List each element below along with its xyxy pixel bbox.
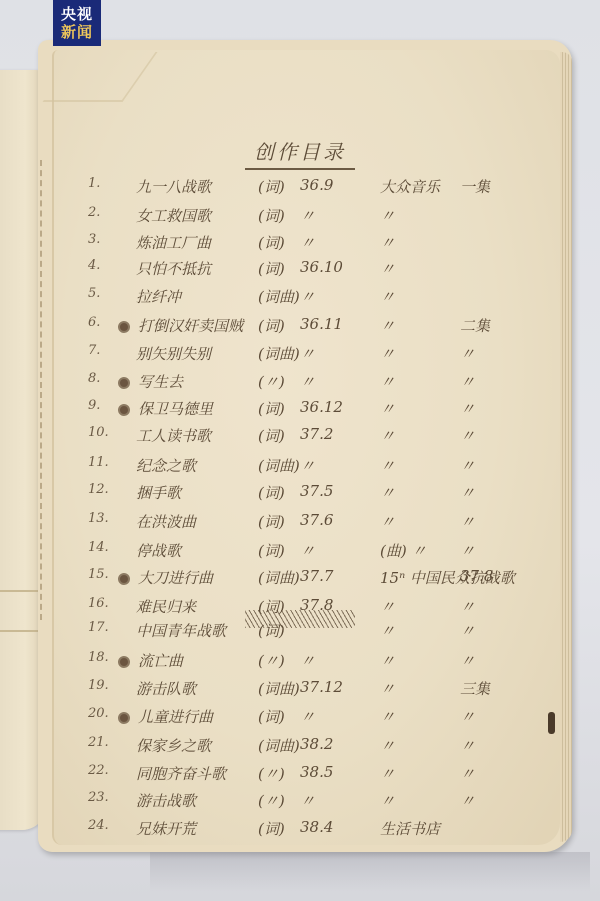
entry-volume: 〃 — [460, 790, 475, 811]
entry-publisher: 〃 — [380, 425, 395, 446]
entry-title: 大刀进行曲 — [138, 567, 213, 588]
entry-date: 37.5 — [300, 482, 333, 500]
entry-type: (词) — [258, 706, 285, 727]
entry-date: 38.4 — [300, 818, 333, 836]
entry-number: 4. — [88, 258, 116, 273]
entry-date: 37.2 — [300, 425, 333, 443]
list-item: 21.保家乡之歌(词曲)38.2〃〃 — [0, 735, 600, 763]
entry-number: 19. — [88, 678, 116, 693]
entry-type: (词曲) — [258, 678, 300, 699]
entry-volume: 〃 — [460, 482, 475, 503]
list-item: 11.纪念之歌(词曲)〃〃〃 — [0, 455, 600, 483]
entry-date: 〃 — [300, 205, 315, 226]
entry-date: 〃 — [300, 540, 315, 561]
list-item: 13.在洪波曲(词)37.6〃〃 — [0, 511, 600, 539]
entry-number: 18. — [88, 650, 116, 665]
list-item: 2.女工救国歌(词)〃〃 — [0, 205, 600, 233]
crossed-out-scribble — [245, 610, 355, 628]
entry-date: 〃 — [300, 371, 315, 392]
entry-type: (词曲) — [258, 455, 300, 476]
entry-date: 37.6 — [300, 511, 333, 529]
entry-title: 停战歌 — [136, 540, 181, 561]
list-item: 14.停战歌(词)〃(曲) 〃〃 — [0, 540, 600, 568]
list-item: 4.只怕不抵抗(词)36.10〃 — [0, 258, 600, 286]
entry-date: 〃 — [300, 706, 315, 727]
entry-title: 保家乡之歌 — [136, 735, 211, 756]
entry-publisher: 〃 — [380, 205, 395, 226]
entry-number: 14. — [88, 540, 116, 555]
list-item: 3.炼油工厂曲(词)〃〃 — [0, 232, 600, 260]
entry-date: 〃 — [300, 790, 315, 811]
entry-number: 23. — [88, 790, 116, 805]
entry-date: 〃 — [300, 455, 315, 476]
entry-number: 5. — [88, 286, 116, 301]
entry-publisher: 〃 — [380, 343, 395, 364]
entry-date: 36.9 — [300, 176, 333, 194]
entry-publisher: 大众音乐 — [380, 176, 440, 197]
list-item: 7.别矢别失别(词曲)〃〃〃 — [0, 343, 600, 371]
logo-line1: 央视 — [61, 5, 93, 23]
entry-title: 游击战歌 — [136, 790, 196, 811]
entry-publisher: 〃 — [380, 286, 395, 307]
list-item: 15.大刀进行曲(词曲)37.715ⁿ 中国民众抗战歌37.8 — [0, 567, 600, 595]
entry-title: 在洪波曲 — [136, 511, 196, 532]
entry-volume: 〃 — [460, 540, 475, 561]
entry-title: 九一八战歌 — [136, 176, 211, 197]
entry-title: 中国青年战歌 — [136, 620, 226, 641]
entry-number: 16. — [88, 596, 116, 611]
entry-date: 36.11 — [300, 315, 343, 333]
list-item: 24.兄妹开荒(词)38.4生活书店 — [0, 818, 600, 846]
entry-title: 炼油工厂曲 — [136, 232, 211, 253]
list-item: 8.写生去(〃)〃〃〃 — [0, 371, 600, 399]
entry-publisher: 〃 — [380, 790, 395, 811]
shadow — [150, 852, 590, 892]
entry-volume: 三集 — [460, 678, 490, 699]
entry-type: (词) — [258, 176, 285, 197]
entry-type: (〃) — [258, 790, 285, 811]
entry-number: 1. — [88, 176, 116, 191]
entry-volume: 〃 — [460, 650, 475, 671]
circle-mark-icon — [118, 377, 130, 389]
entry-publisher: 生活书店 — [380, 818, 440, 839]
entry-publisher: 〃 — [380, 315, 395, 336]
ink-stain — [548, 712, 555, 734]
entry-publisher: 〃 — [380, 678, 395, 699]
entry-volume: 〃 — [460, 763, 475, 784]
entry-publisher: 〃 — [380, 371, 395, 392]
entry-title: 女工救国歌 — [136, 205, 211, 226]
entry-type: (词) — [258, 511, 285, 532]
list-item: 10.工人读书歌(词)37.2〃〃 — [0, 425, 600, 453]
entry-type: (词) — [258, 482, 285, 503]
circle-mark-icon — [118, 404, 130, 416]
entry-type: (词) — [258, 232, 285, 253]
page-title: 创作目录 — [245, 136, 355, 170]
entry-type: (词曲) — [258, 343, 300, 364]
entry-title: 兄妹开荒 — [136, 818, 196, 839]
entry-type: (〃) — [258, 650, 285, 671]
entry-publisher: 〃 — [380, 596, 395, 617]
entry-date: 36.12 — [300, 398, 343, 416]
entry-type: (词曲) — [258, 286, 300, 307]
entry-publisher: 〃 — [380, 511, 395, 532]
entry-publisher: 〃 — [380, 650, 395, 671]
entry-type: (词) — [258, 425, 285, 446]
entry-volume: 〃 — [460, 596, 475, 617]
entry-number: 2. — [88, 205, 116, 220]
entry-number: 9. — [88, 398, 116, 413]
entry-title: 写生去 — [138, 371, 183, 392]
entry-number: 22. — [88, 763, 116, 778]
entry-date: 〃 — [300, 286, 315, 307]
entry-title: 打倒汉奸卖国贼 — [138, 315, 243, 336]
entry-volume: 〃 — [460, 455, 475, 476]
entry-publisher: 〃 — [380, 455, 395, 476]
entry-publisher: 15ⁿ 中国民众抗战歌 — [380, 567, 515, 588]
entry-title: 别矢别失别 — [136, 343, 211, 364]
entry-number: 13. — [88, 511, 116, 526]
entry-number: 24. — [88, 818, 116, 833]
entry-publisher: (曲) 〃 — [380, 540, 426, 561]
entry-title: 游击队歌 — [136, 678, 196, 699]
list-item: 18.流亡曲(〃)〃〃〃 — [0, 650, 600, 678]
entry-publisher: 〃 — [380, 258, 395, 279]
list-item: 19.游击队歌(词曲)37.12〃三集 — [0, 678, 600, 706]
entry-volume: 〃 — [460, 706, 475, 727]
entry-publisher: 〃 — [380, 706, 395, 727]
entry-title: 同胞齐奋斗歌 — [136, 763, 226, 784]
circle-mark-icon — [118, 573, 130, 585]
entry-type: (〃) — [258, 371, 285, 392]
entry-publisher: 〃 — [380, 398, 395, 419]
entry-type: (词曲) — [258, 567, 300, 588]
entry-number: 20. — [88, 706, 116, 721]
list-item: 5.拉纤冲(词曲)〃〃 — [0, 286, 600, 314]
circle-mark-icon — [118, 656, 130, 668]
entry-date: 37.7 — [300, 567, 333, 585]
entry-number: 6. — [88, 315, 116, 330]
logo-line2: 新闻 — [61, 23, 93, 41]
list-item: 6.打倒汉奸卖国贼(词)36.11〃二集 — [0, 315, 600, 343]
entry-date: 〃 — [300, 650, 315, 671]
entry-date: 38.2 — [300, 735, 333, 753]
entry-volume: 〃 — [460, 371, 475, 392]
entry-title: 儿童进行曲 — [138, 706, 213, 727]
entry-title: 拉纤冲 — [136, 286, 181, 307]
entry-type: (词) — [258, 258, 285, 279]
entry-number: 15. — [88, 567, 116, 582]
entry-number: 12. — [88, 482, 116, 497]
entry-volume: 二集 — [460, 315, 490, 336]
entry-type: (词曲) — [258, 735, 300, 756]
entry-title: 捆手歌 — [136, 482, 181, 503]
entry-number: 7. — [88, 343, 116, 358]
entry-title: 流亡曲 — [138, 650, 183, 671]
entry-number: 17. — [88, 620, 116, 635]
entry-type: (词) — [258, 205, 285, 226]
entry-volume: 37.8 — [460, 567, 493, 585]
entry-number: 3. — [88, 232, 116, 247]
entry-publisher: 〃 — [380, 232, 395, 253]
list-item: 22.同胞齐奋斗歌(〃)38.5〃〃 — [0, 763, 600, 791]
entry-publisher: 〃 — [380, 763, 395, 784]
circle-mark-icon — [118, 321, 130, 333]
entry-volume: 一集 — [460, 176, 490, 197]
list-item: 9.保卫马德里(词)36.12〃〃 — [0, 398, 600, 426]
entry-volume: 〃 — [460, 620, 475, 641]
entry-title: 只怕不抵抗 — [136, 258, 211, 279]
entry-publisher: 〃 — [380, 735, 395, 756]
entry-type: (〃) — [258, 763, 285, 784]
entry-date: 38.5 — [300, 763, 333, 781]
entry-title: 保卫马德里 — [138, 398, 213, 419]
entry-title: 难民归来 — [136, 596, 196, 617]
entry-volume: 〃 — [460, 425, 475, 446]
list-item: 12.捆手歌(词)37.5〃〃 — [0, 482, 600, 510]
entry-date: 36.10 — [300, 258, 343, 276]
entry-type: (词) — [258, 818, 285, 839]
entry-date: 〃 — [300, 343, 315, 364]
entry-publisher: 〃 — [380, 482, 395, 503]
entry-volume: 〃 — [460, 735, 475, 756]
entry-publisher: 〃 — [380, 620, 395, 641]
entry-volume: 〃 — [460, 343, 475, 364]
entry-type: (词) — [258, 315, 285, 336]
entry-number: 8. — [88, 371, 116, 386]
list-item: 23.游击战歌(〃)〃〃〃 — [0, 790, 600, 818]
entry-title: 纪念之歌 — [136, 455, 196, 476]
entry-number: 21. — [88, 735, 116, 750]
list-item: 1.九一八战歌(词)36.9大众音乐一集 — [0, 176, 600, 204]
entry-number: 11. — [88, 455, 116, 470]
entry-type: (词) — [258, 540, 285, 561]
cctv-news-logo: 央视 新闻 — [53, 0, 101, 46]
entry-volume: 〃 — [460, 398, 475, 419]
entry-number: 10. — [88, 425, 116, 440]
entry-volume: 〃 — [460, 511, 475, 532]
entry-date: 〃 — [300, 232, 315, 253]
entry-type: (词) — [258, 398, 285, 419]
list-item: 20.儿童进行曲(词)〃〃〃 — [0, 706, 600, 734]
entry-date: 37.12 — [300, 678, 343, 696]
circle-mark-icon — [118, 712, 130, 724]
entry-title: 工人读书歌 — [136, 425, 211, 446]
